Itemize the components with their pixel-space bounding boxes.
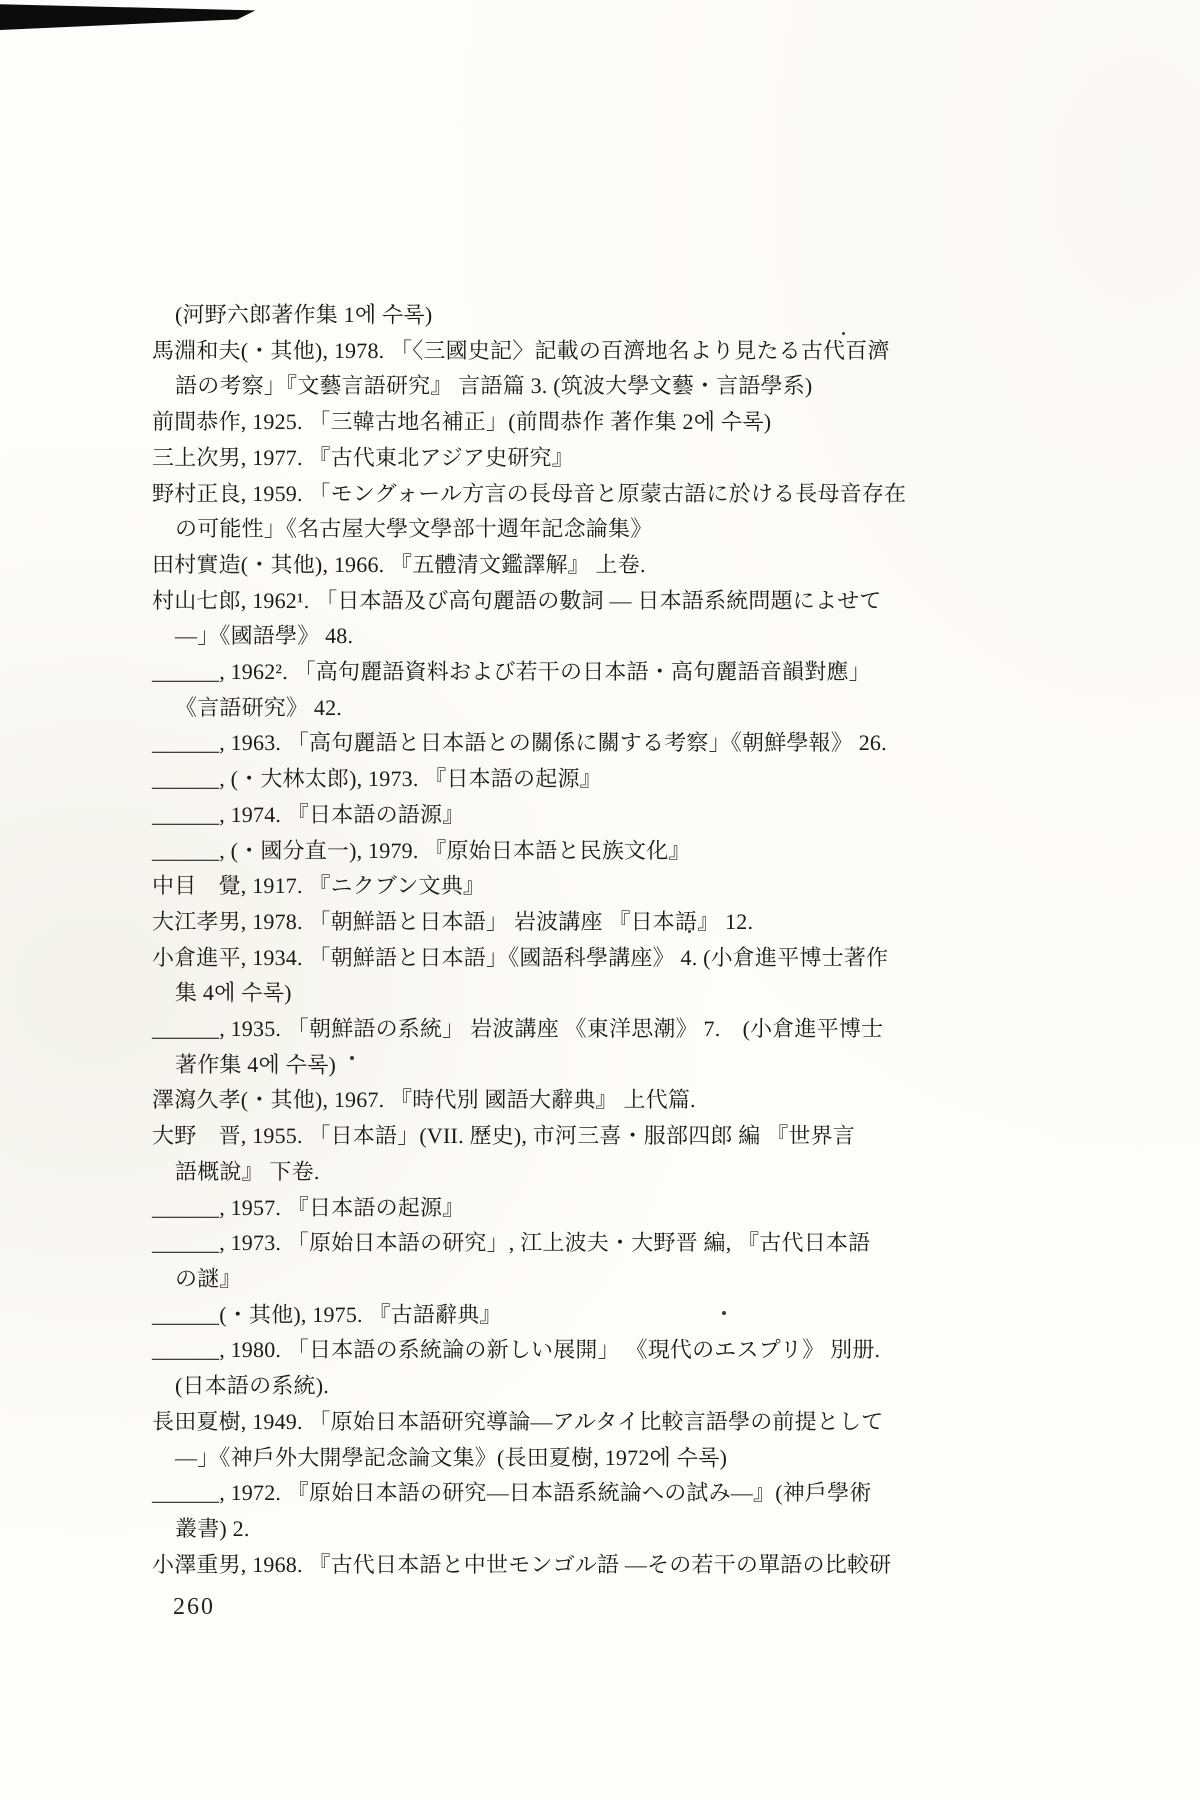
scan-speck <box>842 332 845 335</box>
bibliography-line: 長田夏樹, 1949. 「原始日本語研究導論―アルタイ比較言語學の前提として <box>152 1404 897 1440</box>
bibliography-line: 野村正良, 1959. 「モングォール方言の長母音と原蒙古語に於ける長母音存在 <box>152 476 897 512</box>
bibliography-line: ―」《神戶外大開學記念論文集》(長田夏樹, 1972에 수록) <box>152 1440 897 1476</box>
bibliography-line: 語の考察」『文藝言語研究』 言語篇 3. (筑波大學文藝・言語學系) <box>152 368 897 404</box>
bibliography-line: ______, 1963. 「高句麗語と日本語との關係に關する考察」《朝鮮學報》… <box>152 725 897 761</box>
scan-speck <box>688 930 691 933</box>
bibliography-line: 《言語研究》 42. <box>152 690 897 726</box>
bibliography-line: ______(・其他), 1975. 『古語辭典』 <box>152 1297 897 1333</box>
bibliography-line: 著作集 4에 수록) <box>152 1047 897 1083</box>
bibliography-line: 三上次男, 1977. 『古代東北アジア史研究』 <box>152 440 897 476</box>
bibliography-line: ______, 1980. 「日本語の系統論の新しい展開」 《現代のエスプリ》 … <box>152 1332 897 1368</box>
bibliography-line: の謎』 <box>152 1261 897 1297</box>
bibliography-line: 叢書) 2. <box>152 1511 897 1547</box>
bibliography-line: 田村實造(・其他), 1966. 『五體清文鑑譯解』 上卷. <box>152 547 897 583</box>
bibliography-line: 小澤重男, 1968. 『古代日本語と中世モンゴル語 ―その若干の單語の比較研 <box>152 1547 897 1583</box>
bibliography-line: の可能性」《名古屋大學文學部十週年記念論集》 <box>152 511 897 547</box>
bibliography-line: ______, 1972. 『原始日本語の研究―日本語系統論への試み―』(神戶學… <box>152 1475 897 1511</box>
bibliography-line: 馬淵和夫(・其他), 1978. 「〈三國史記〉記載の百濟地名より見たる古代百濟 <box>152 333 897 369</box>
bibliography-line: 小倉進平, 1934. 「朝鮮語と日本語」《國語科學講座》 4. (小倉進平博士… <box>152 940 897 976</box>
scan-speck <box>722 1311 726 1315</box>
bibliography-line: 大野 晋, 1955. 「日本語」(VII. 歷史), 市河三喜・服部四郎 編 … <box>152 1118 897 1154</box>
bibliography-text-block: (河野六郎著作集 1에 수록)馬淵和夫(・其他), 1978. 「〈三國史記〉記… <box>152 297 897 1582</box>
bibliography-line: ―」《國語學》 48. <box>152 618 897 654</box>
bibliography-line: ______, 1962². 「高句麗語資料および若干の日本語・高句麗語音韻對應… <box>152 654 897 690</box>
page-number: 260 <box>173 1594 215 1621</box>
scan-speck <box>350 1056 354 1060</box>
bibliography-line: 中目 覺, 1917. 『ニクブン文典』 <box>152 868 897 904</box>
bibliography-line: 大江孝男, 1978. 「朝鮮語と日本語」 岩波講座 『日本語』 12. <box>152 904 897 940</box>
bibliography-line: 村山七郎, 1962¹. 「日本語及び高句麗語の數詞 ― 日本語系統問題によせて <box>152 583 897 619</box>
bibliography-line: 澤瀉久孝(・其他), 1967. 『時代別 國語大辭典』 上代篇. <box>152 1082 897 1118</box>
bibliography-line: ______, (・國分直一), 1979. 『原始日本語と民族文化』 <box>152 833 897 869</box>
bibliography-line: ______, 1973. 「原始日本語の研究」, 江上波夫・大野晋 編, 『古… <box>152 1225 897 1261</box>
bibliography-line: (河野六郎著作集 1에 수록) <box>152 297 897 333</box>
bibliography-line: 集 4에 수록) <box>152 975 897 1011</box>
bibliography-line: ______, 1974. 『日本語の語源』 <box>152 797 897 833</box>
bibliography-line: ______, 1957. 『日本語の起源』 <box>152 1190 897 1226</box>
bibliography-line: 前間恭作, 1925. 「三韓古地名補正」(前間恭作 著作集 2에 수록) <box>152 404 897 440</box>
bibliography-line: ______, (・大林太郎), 1973. 『日本語の起源』 <box>152 761 897 797</box>
bibliography-line: 語概說』 下卷. <box>152 1154 897 1190</box>
bibliography-line: (日本語の系統). <box>152 1368 897 1404</box>
bibliography-line: ______, 1935. 「朝鮮語の系統」 岩波講座 《東洋思潮》 7. (小… <box>152 1011 897 1047</box>
